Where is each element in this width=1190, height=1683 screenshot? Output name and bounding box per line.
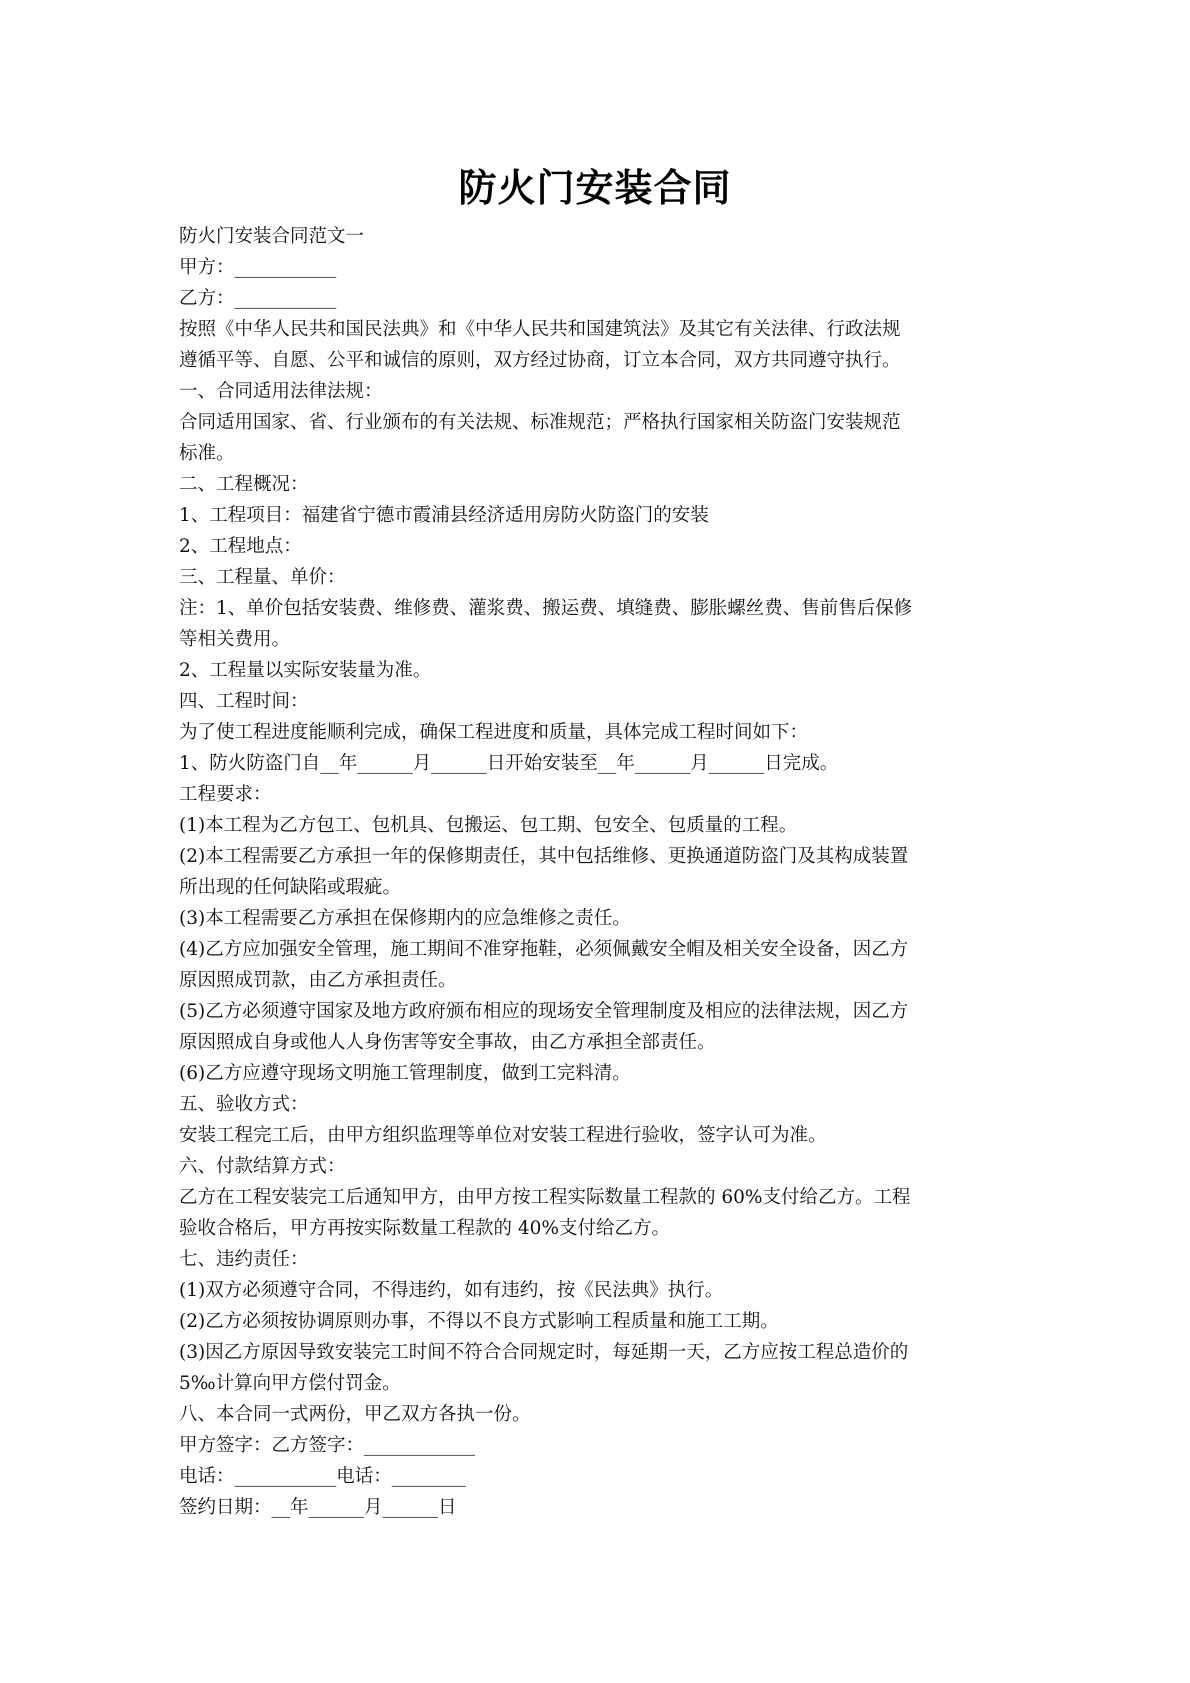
document-line: 五、验收方式：: [179, 1089, 1019, 1120]
document-line: (1)双方必须遵守合同，不得违约，如有违约，按《民法典》执行。: [179, 1275, 1019, 1306]
document-line: 2、工程地点：: [179, 531, 1019, 562]
document-line: 三、工程量、单价：: [179, 562, 1019, 593]
document-line: 乙方在工程安装完工后通知甲方，由甲方按工程实际数量工程款的 60%支付给乙方。工…: [179, 1182, 1019, 1213]
document-line: 签约日期：__年______月______日: [179, 1492, 1019, 1523]
document-line: 甲方签字：乙方签字：____________: [179, 1430, 1019, 1461]
document-line: 为了使工程进度能顺利完成，确保工程进度和质量，具体完成工程时间如下：: [179, 717, 1019, 748]
document-line: 原因照成自身或他人人身伤害等安全事故，由乙方承担全部责任。: [179, 1027, 1019, 1058]
document-line: 四、工程时间：: [179, 686, 1019, 717]
document-line: (2)本工程需要乙方承担一年的保修期责任，其中包括维修、更换通道防盗门及其构成装…: [179, 841, 1019, 872]
document-line: 合同适用国家、省、行业颁布的有关法规、标准规范；严格执行国家相关防盗门安装规范: [179, 407, 1019, 438]
document-line: 电话：___________电话：________: [179, 1461, 1019, 1492]
document-line: 工程要求：: [179, 779, 1019, 810]
document-line: 安装工程完工后，由甲方组织监理等单位对安装工程进行验收，签字认可为准。: [179, 1120, 1019, 1151]
document-line: 验收合格后，甲方再按实际数量工程款的 40%支付给乙方。: [179, 1213, 1019, 1244]
document-line: 5‰计算向甲方偿付罚金。: [179, 1368, 1019, 1399]
document-page: 防火门安装合同 防火门安装合同范文一甲方：___________乙方：_____…: [0, 0, 1190, 1683]
document-title: 防火门安装合同: [0, 160, 1190, 216]
document-line: 二、工程概况：: [179, 469, 1019, 500]
document-line: 注：1、单价包括安装费、维修费、灌浆费、搬运费、填缝费、膨胀螺丝费、售前售后保修: [179, 593, 1019, 624]
document-body: 防火门安装合同范文一甲方：___________乙方：___________按照…: [179, 221, 1019, 1523]
document-line: 1、工程项目：福建省宁德市霞浦县经济适用房防火防盗门的安装: [179, 500, 1019, 531]
document-line: 等相关费用。: [179, 624, 1019, 655]
document-line: 按照《中华人民共和国民法典》和《中华人民共和国建筑法》及其它有关法律、行政法规: [179, 314, 1019, 345]
document-line: (6)乙方应遵守现场文明施工管理制度，做到工完料清。: [179, 1058, 1019, 1089]
document-line: 标准。: [179, 438, 1019, 469]
document-line: 七、违约责任：: [179, 1244, 1019, 1275]
document-line: (3)因乙方原因导致安装完工时间不符合合同规定时，每延期一天，乙方应按工程总造价…: [179, 1337, 1019, 1368]
document-line: 乙方：___________: [179, 283, 1019, 314]
document-line: 遵循平等、自愿、公平和诚信的原则，双方经过协商，订立本合同，双方共同遵守执行。: [179, 345, 1019, 376]
document-line: 原因照成罚款，由乙方承担责任。: [179, 965, 1019, 996]
document-line: 所出现的任何缺陷或瑕疵。: [179, 872, 1019, 903]
document-line: (5)乙方必须遵守国家及地方政府颁布相应的现场安全管理制度及相应的法律法规，因乙…: [179, 996, 1019, 1027]
document-line: 防火门安装合同范文一: [179, 221, 1019, 252]
document-line: 2、工程量以实际安装量为准。: [179, 655, 1019, 686]
document-line: (4)乙方应加强安全管理，施工期间不准穿拖鞋，必须佩戴安全帽及相关安全设备，因乙…: [179, 934, 1019, 965]
document-line: 甲方：___________: [179, 252, 1019, 283]
document-line: 一、合同适用法律法规：: [179, 376, 1019, 407]
document-line: 六、付款结算方式：: [179, 1151, 1019, 1182]
document-line: 1、防火防盗门自__年______月______日开始安装至__年______月…: [179, 748, 1019, 779]
document-line: (2)乙方必须按协调原则办事，不得以不良方式影响工程质量和施工工期。: [179, 1306, 1019, 1337]
document-line: 八、本合同一式两份，甲乙双方各执一份。: [179, 1399, 1019, 1430]
document-line: (1)本工程为乙方包工、包机具、包搬运、包工期、包安全、包质量的工程。: [179, 810, 1019, 841]
document-line: (3)本工程需要乙方承担在保修期内的应急维修之责任。: [179, 903, 1019, 934]
